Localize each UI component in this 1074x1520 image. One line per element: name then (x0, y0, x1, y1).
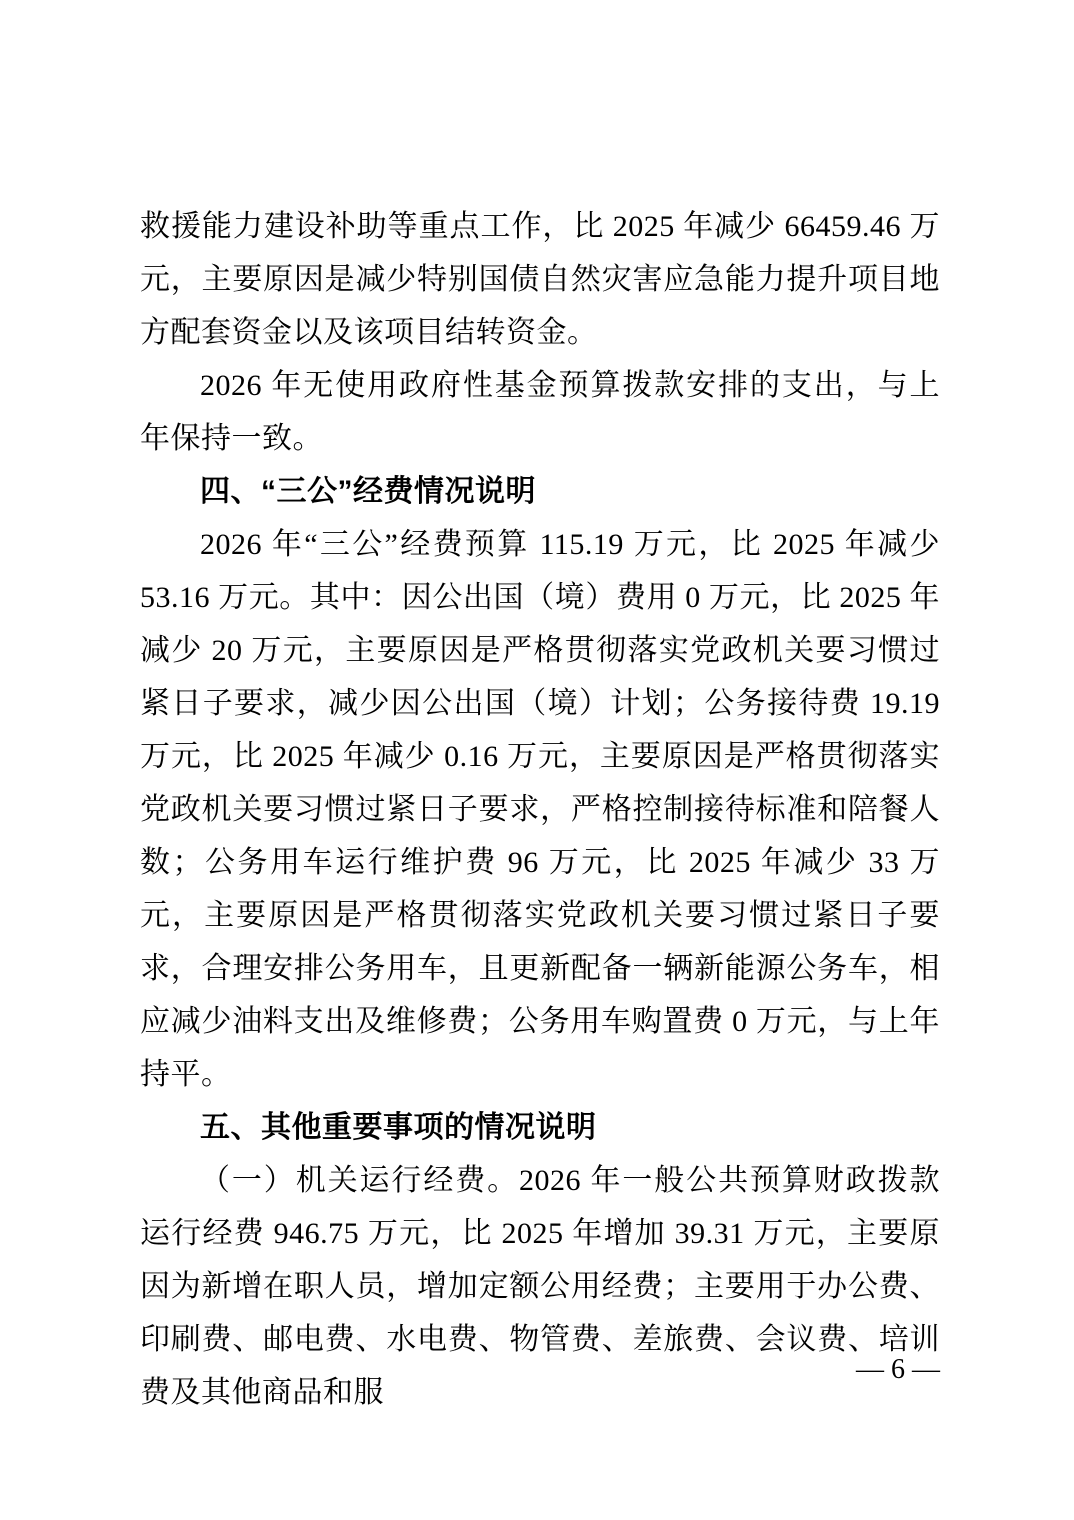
heading-three-public-funds: 四、“三公”经费情况说明 (140, 465, 940, 518)
document-page: 救援能力建设补助等重点工作，比 2025 年减少 66459.46 万元，主要原… (0, 0, 1074, 1520)
paragraph-three-public-details: 2026 年“三公”经费预算 115.19 万元，比 2025 年减少 53.1… (140, 518, 940, 1101)
page-number: — 6 — (856, 1354, 940, 1385)
heading-other-important-items: 五、其他重要事项的情况说明 (140, 1101, 940, 1154)
paragraph-budget-reduction: 救援能力建设补助等重点工作，比 2025 年减少 66459.46 万元，主要原… (140, 200, 940, 359)
paragraph-gov-fund-expenditure: 2026 年无使用政府性基金预算拨款安排的支出，与上年保持一致。 (140, 359, 940, 465)
page-footer: — 6 — (140, 1352, 940, 1388)
document-body: 救援能力建设补助等重点工作，比 2025 年减少 66459.46 万元，主要原… (140, 200, 940, 1419)
